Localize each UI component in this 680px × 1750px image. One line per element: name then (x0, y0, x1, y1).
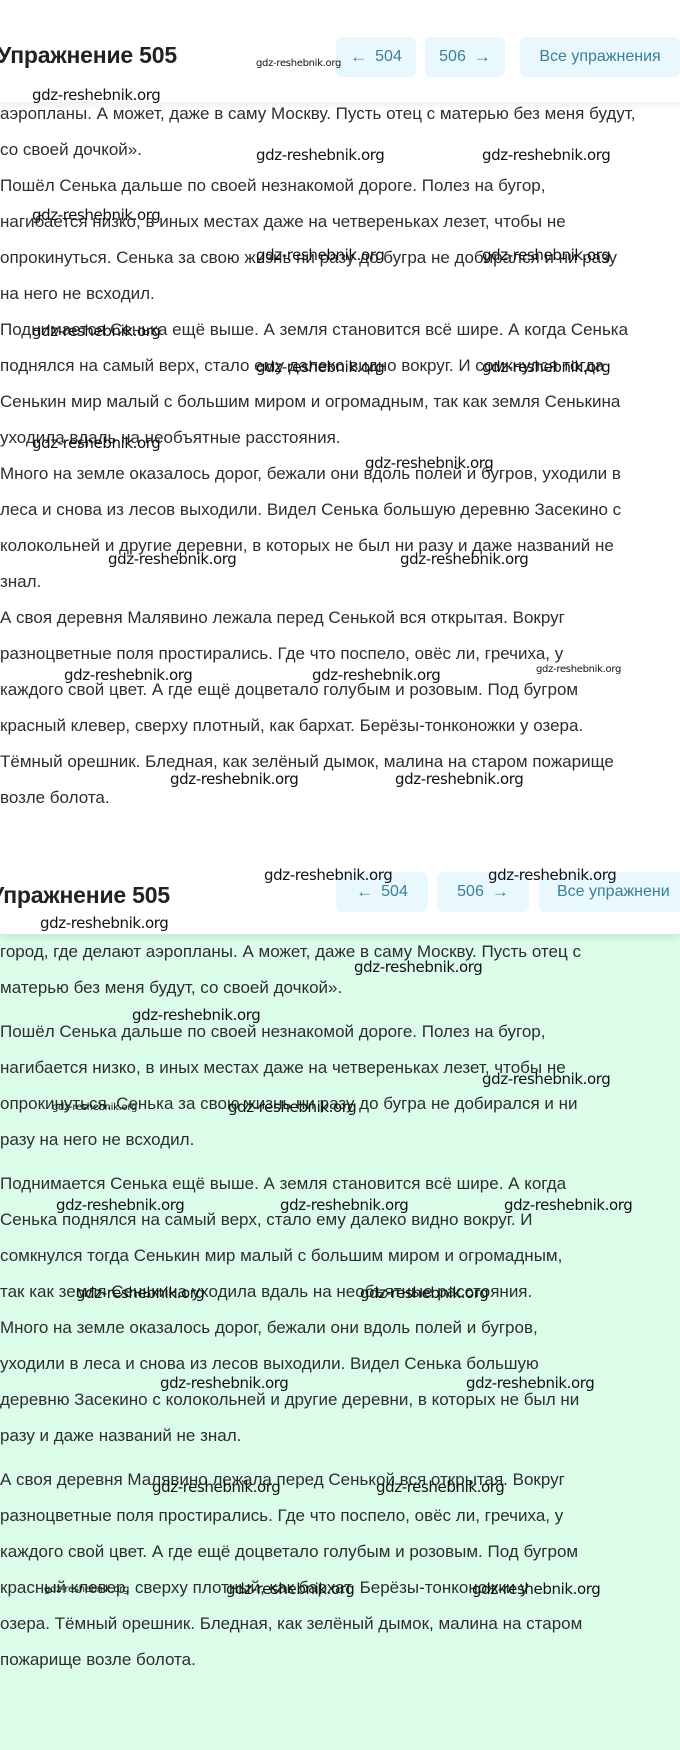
watermark: gdz-reshebnik.org (400, 550, 528, 568)
page-title: Упражнение 505 (0, 882, 170, 909)
watermark: gdz-reshebnik.org (482, 246, 610, 264)
watermark: gdz-reshebnik.org (312, 666, 440, 684)
text-line: разноцветные поля простирались. Где что … (0, 1498, 680, 1534)
text-line: Много на земле оказалось дорог, бежали о… (0, 1310, 680, 1346)
watermark: gdz-reshebnik.org (395, 770, 523, 788)
watermark: gdz-reshebnik.org (482, 146, 610, 164)
watermark: gdz-reshebnik.org (64, 666, 192, 684)
watermark: gdz-reshebnik.org (228, 1098, 356, 1116)
all-exercises-button[interactable]: Все упражнения (520, 37, 680, 77)
text-line: на него не всходил. (0, 276, 680, 312)
text-line: красный клевер, сверху плотный, как барх… (0, 708, 680, 744)
text-line: пожарище возле болота. (0, 1642, 680, 1678)
next-exercise-button[interactable]: 506 → (425, 37, 505, 77)
watermark: gdz-reshebnik.org (482, 358, 610, 376)
watermark: gdz-reshebnik.org (152, 1478, 280, 1496)
watermark: gdz-reshebnik.org (256, 246, 384, 264)
arrow-left-icon: ← (356, 882, 373, 902)
next-exercise-label: 506 (457, 883, 484, 901)
watermark: gdz-reshebnik.org (280, 1196, 408, 1214)
text-line: Много на земле оказалось дорог, бежали о… (0, 456, 680, 492)
watermark: gdz-reshebnik.org (108, 550, 236, 568)
watermark: gdz-reshebnik.org (256, 146, 384, 164)
watermark: gdz-reshebnik.org (44, 1584, 129, 1595)
watermark: gdz-reshebnik.org (482, 1070, 610, 1088)
text-line: город, где делают аэропланы. А может, да… (0, 934, 680, 970)
text-line: разу и даже названий не знал. (0, 1418, 680, 1454)
prev-exercise-button[interactable]: ← 504 (336, 37, 416, 77)
watermark: gdz-reshebnik.org (365, 454, 493, 472)
watermark: gdz-reshebnik.org (32, 434, 160, 452)
page-title: Упражнение 505 (0, 42, 177, 69)
watermark: gdz-reshebnik.org (32, 206, 160, 224)
text-line: возле болота. (0, 780, 680, 816)
watermark: gdz-reshebnik.org (488, 866, 616, 884)
watermark: gdz-reshebnik.org (256, 358, 384, 376)
arrow-right-icon: → (474, 47, 491, 67)
watermark: gdz-reshebnik.org (76, 1284, 204, 1302)
watermark: gdz-reshebnik.org (472, 1580, 600, 1598)
watermark: gdz-reshebnik.org (466, 1374, 594, 1392)
watermark: gdz-reshebnik.org (256, 58, 341, 69)
next-exercise-label: 506 (439, 48, 466, 66)
text-line: А своя деревня Малявино лежала перед Сен… (0, 600, 680, 636)
prev-exercise-label: 504 (381, 883, 408, 901)
text-line: леса и снова из лесов выходили. Видел Се… (0, 492, 680, 528)
watermark: gdz-reshebnik.org (32, 86, 160, 104)
text-line: Тёмный орешник. Бледная, как зелёный дым… (0, 744, 680, 780)
exercise-text: аэропланы. А может, даже в саму Москву. … (0, 96, 680, 816)
watermark: gdz-reshebnik.org (170, 770, 298, 788)
prev-exercise-label: 504 (375, 48, 402, 66)
text-line: каждого свой цвет. А где ещё доцветало г… (0, 1534, 680, 1570)
arrow-left-icon: ← (350, 47, 367, 67)
text-line: озера. Тёмный орешник. Бледная, как зелё… (0, 1606, 680, 1642)
exercise-screen-2: Упражнение 505 ← 504 506 → Все упражнени… (0, 840, 680, 1750)
watermark: gdz-reshebnik.org (354, 958, 482, 976)
watermark: gdz-reshebnik.org (360, 1284, 488, 1302)
watermark: gdz-reshebnik.org (264, 866, 392, 884)
watermark: gdz-reshebnik.org (52, 1102, 137, 1113)
watermark: gdz-reshebnik.org (40, 914, 168, 932)
text-line: Пошёл Сенька дальше по своей незнакомой … (0, 1014, 680, 1050)
watermark: gdz-reshebnik.org (32, 322, 160, 340)
text-line: Пошёл Сенька дальше по своей незнакомой … (0, 168, 680, 204)
exercise-screen-1: Упражнение 505 ← 504 506 → Все упражнени… (0, 0, 680, 840)
watermark: gdz-reshebnik.org (536, 664, 621, 675)
text-line: разу на него не всходил. (0, 1122, 680, 1158)
text-line: матерью без меня будут, со своей дочкой»… (0, 970, 680, 1006)
watermark: gdz-reshebnik.org (226, 1580, 354, 1598)
watermark: gdz-reshebnik.org (160, 1374, 288, 1392)
answer-text: город, где делают аэропланы. А может, да… (0, 934, 680, 1750)
watermark: gdz-reshebnik.org (504, 1196, 632, 1214)
watermark: gdz-reshebnik.org (56, 1196, 184, 1214)
text-line: А своя деревня Малявино лежала перед Сен… (0, 1462, 680, 1498)
text-line: знал. (0, 564, 680, 600)
text-line: сомкнулся тогда Сенькин мир малый с боль… (0, 1238, 680, 1274)
watermark: gdz-reshebnik.org (132, 1006, 260, 1024)
arrow-right-icon: → (492, 882, 509, 902)
text-line: Сенькин мир малый с большим миром и огро… (0, 384, 680, 420)
watermark: gdz-reshebnik.org (376, 1478, 504, 1496)
text-line: колокольней и другие деревни, в которых … (0, 528, 680, 564)
